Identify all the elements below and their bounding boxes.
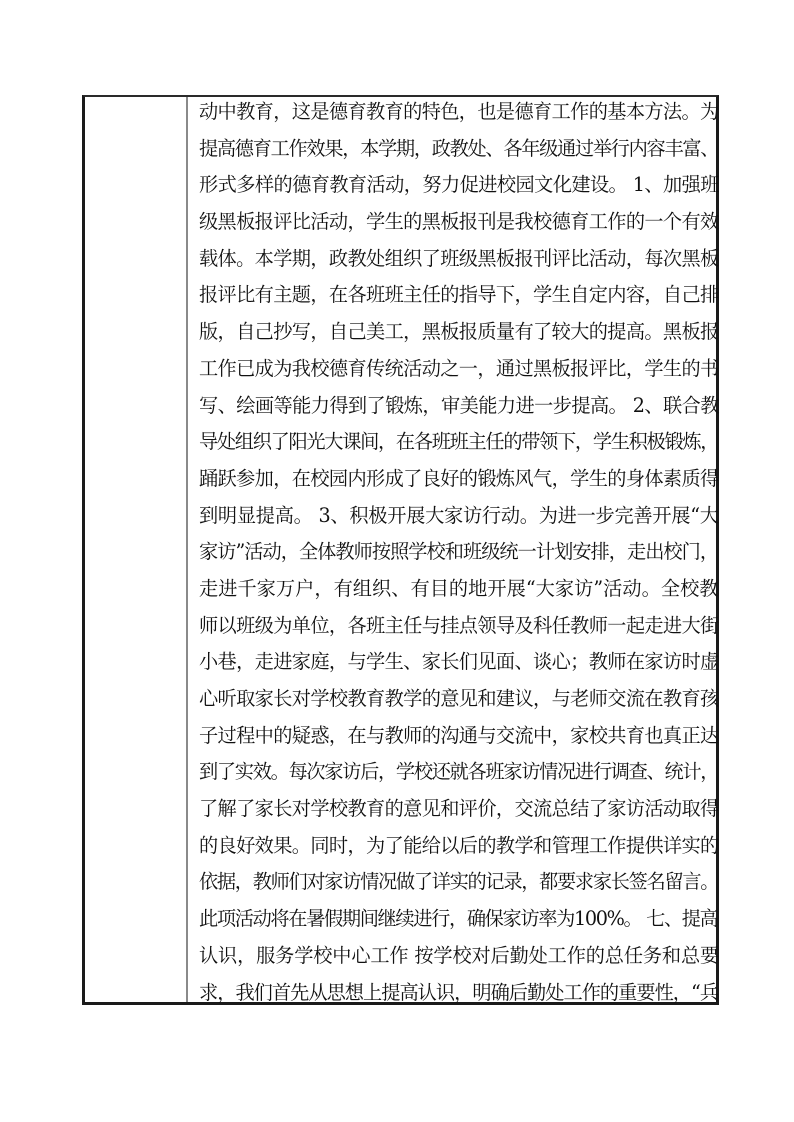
- document-page: 动中教育，这是德育教育的特色，也是德育工作的基本方法。为 提高德育工作效果，本学…: [0, 0, 794, 1122]
- text-line: 求，我们首先从思想上提高认识，明确后勤处工作的重要性，“兵: [199, 975, 749, 1012]
- text-line: 心听取家长对学校教育教学的意见和建议，与老师交流在教育孩: [199, 681, 749, 718]
- text-line: 载体。本学期，政教处组织了班级黑板报刊评比活动，每次黑板: [199, 241, 749, 278]
- table-content-cell: 动中教育，这是德育教育的特色，也是德育工作的基本方法。为 提高德育工作效果，本学…: [190, 97, 716, 1002]
- text-line: 到明显提高。 3、积极开展大家访行动。为进一步完善开展“大: [199, 498, 749, 535]
- text-line: 导处组织了阳光大课间，在各班班主任的带领下，学生积极锻炼，: [199, 424, 749, 461]
- text-line: 形式多样的德育教育活动，努力促进校园文化建设。 1、加强班: [199, 167, 749, 204]
- text-line: 此项活动将在暑假期间继续进行，确保家访率为100%。 七、提高: [199, 901, 749, 938]
- text-line: 动中教育，这是德育教育的特色，也是德育工作的基本方法。为: [199, 94, 749, 131]
- text-line: 报评比有主题，在各班班主任的指导下，学生自定内容，自己排: [199, 277, 749, 314]
- text-line: 走进千家万户，有组织、有目的地开展“大家访”活动。全校教: [199, 571, 749, 608]
- text-line: 子过程中的疑惑，在与教师的沟通与交流中，家校共育也真正达: [199, 718, 749, 755]
- text-line: 了解了家长对学校教育的意见和评价，交流总结了家访活动取得: [199, 791, 749, 828]
- text-line: 级黑板报评比活动，学生的黑板报刊是我校德育工作的一个有效: [199, 204, 749, 241]
- text-line: 师以班级为单位，各班主任与挂点领导及科任教师一起走进大街: [199, 608, 749, 645]
- report-table: 动中教育，这是德育教育的特色，也是德育工作的基本方法。为 提高德育工作效果，本学…: [82, 95, 719, 1005]
- text-line: 工作已成为我校德育传统活动之一，通过黑板报评比，学生的书: [199, 351, 749, 388]
- text-line: 小巷，走进家庭，与学生、家长们见面、谈心；教师在家访时虚: [199, 644, 749, 681]
- table-label-cell: [85, 97, 188, 1002]
- text-line: 版，自己抄写，自己美工，黑板报质量有了较大的提高。黑板报: [199, 314, 749, 351]
- text-line: 踊跃参加，在校园内形成了良好的锻炼风气，学生的身体素质得: [199, 461, 749, 498]
- text-line: 的良好效果。同时，为了能给以后的教学和管理工作提供详实的: [199, 828, 749, 865]
- text-line: 到了实效。每次家访后，学校还就各班家访情况进行调查、统计，: [199, 754, 749, 791]
- text-line: 依据，教师们对家访情况做了详实的记录，都要求家长签名留言。: [199, 864, 749, 901]
- text-line: 提高德育工作效果，本学期，政教处、各年级通过举行内容丰富、: [199, 131, 749, 168]
- text-line: 认识，服务学校中心工作 按学校对后勤处工作的总任务和总要: [199, 938, 749, 975]
- text-line: 写、绘画等能力得到了锻炼，审美能力进一步提高。 2、联合教: [199, 388, 749, 425]
- content-paragraph: 动中教育，这是德育教育的特色，也是德育工作的基本方法。为 提高德育工作效果，本学…: [199, 97, 719, 1011]
- text-line: 家访”活动，全体教师按照学校和班级统一计划安排，走出校门，: [199, 534, 749, 571]
